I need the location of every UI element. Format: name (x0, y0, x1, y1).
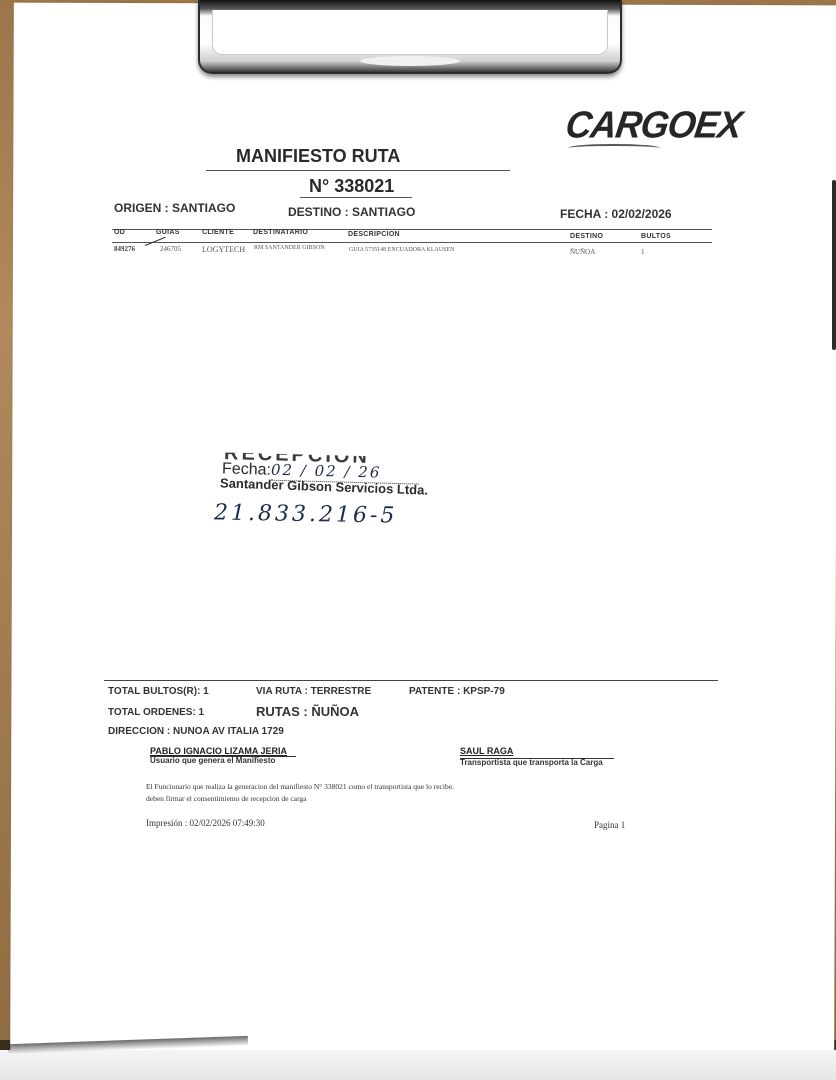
col-header-od: OD (114, 229, 125, 236)
total-bultos: TOTAL BULTOS(R): 1 (108, 686, 209, 697)
manifest-number: N° 338021 (309, 176, 394, 197)
handwritten-rut: 21.833.216-5 (214, 500, 398, 528)
col-header-cliente: CLIENTE (202, 229, 234, 236)
patente: PATENTE : KPSP-79 (409, 686, 505, 697)
signature-name-user: PABLO IGNACIO LIZAMA JERIA (150, 746, 287, 756)
underlying-page (0, 1050, 836, 1080)
destino-field: DESTINO : SANTIAGO (288, 205, 415, 219)
cell-descripcion: GUIA 5735148 ENCUADORA KLAUSEN (349, 247, 455, 253)
via-ruta: VIA RUTA : TERRESTRE (256, 686, 371, 697)
document-title: MANIFIESTO RUTA (236, 146, 400, 167)
page-edge-shadow (832, 180, 836, 350)
signature-role-carrier: Transportista que transporta la Carga (460, 758, 603, 767)
logo-swoosh (568, 144, 660, 152)
clip-plate (212, 10, 608, 55)
cell-od: 849276 (114, 245, 135, 253)
print-timestamp: Impresión : 02/02/2026 07:49:30 (146, 818, 265, 828)
table-header-bottom-rule (112, 242, 712, 243)
col-header-bultos: BULTOS (641, 233, 671, 240)
cargoex-logo: CARGOEX (563, 103, 744, 147)
col-header-guias: GUIAS (156, 229, 180, 236)
clipboard-clip (198, 0, 622, 74)
cell-bultos: 1 (641, 248, 645, 256)
origen-field: ORIGEN : SANTIAGO (114, 201, 235, 215)
fecha-field: FECHA : 02/02/2026 (560, 207, 672, 221)
cell-destinatario: RM SANTANDER GIBSON (254, 245, 325, 251)
rutas: RUTAS : ÑUÑOA (256, 704, 359, 719)
legal-text-line-1: El Funcionario que realiza la generacion… (146, 782, 454, 791)
total-ordenes: TOTAL ORDENES: 1 (108, 707, 204, 718)
col-header-descripcion: DESCRIPCION (348, 231, 400, 238)
cell-guias: 246705 (160, 245, 181, 253)
signature-name-carrier: SAUL RAGA (460, 746, 513, 756)
manifest-page (10, 3, 836, 1056)
title-underline (206, 170, 510, 171)
cell-cliente: LOGYTECH (202, 245, 245, 254)
clip-notch (360, 56, 460, 66)
col-header-destinatario: DESTINATARIO (253, 229, 308, 236)
signature-role-user: Usuario que genera el Manifiesto (150, 756, 275, 765)
page-number: Pagina 1 (594, 820, 625, 830)
summary-rule (104, 680, 718, 681)
cell-destino: ÑUÑOA (570, 248, 595, 256)
legal-text-line-2: deben firmar el consentimiento de recepc… (146, 794, 306, 803)
direccion: DIRECCION : NUNOA AV ITALIA 1729 (108, 726, 284, 737)
col-header-destino: DESTINO (570, 233, 603, 240)
number-underline (300, 197, 412, 198)
